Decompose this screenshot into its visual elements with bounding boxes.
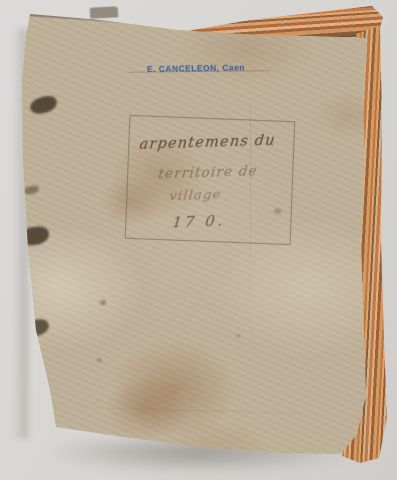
parchment-cover: E. CANCELEON, Caen arpentemens du territ… xyxy=(0,0,397,480)
handwritten-title-line-2: territoire de xyxy=(157,163,258,182)
small-ink-spot xyxy=(100,300,106,305)
photo-of-vellum-register-cover: E. CANCELEON, Caen arpentemens du territ… xyxy=(0,0,397,480)
hand-drawn-title-frame: arpentemens du territoire de village 17 … xyxy=(125,115,296,245)
faint-pencil-mark-bottom-left xyxy=(28,430,62,436)
protruding-page-edge xyxy=(90,6,119,18)
horizontal-crease xyxy=(60,406,340,414)
handwritten-date: 17 0. xyxy=(171,212,226,232)
handwritten-title-line-1: arpentemens du xyxy=(139,133,277,153)
binding-stitch-mark xyxy=(28,94,58,116)
blue-ownership-stamp: E. CANCELEON, Caen xyxy=(147,62,267,74)
handwritten-title-line-3: village xyxy=(169,188,223,205)
binding-stitch-mark xyxy=(23,185,39,195)
